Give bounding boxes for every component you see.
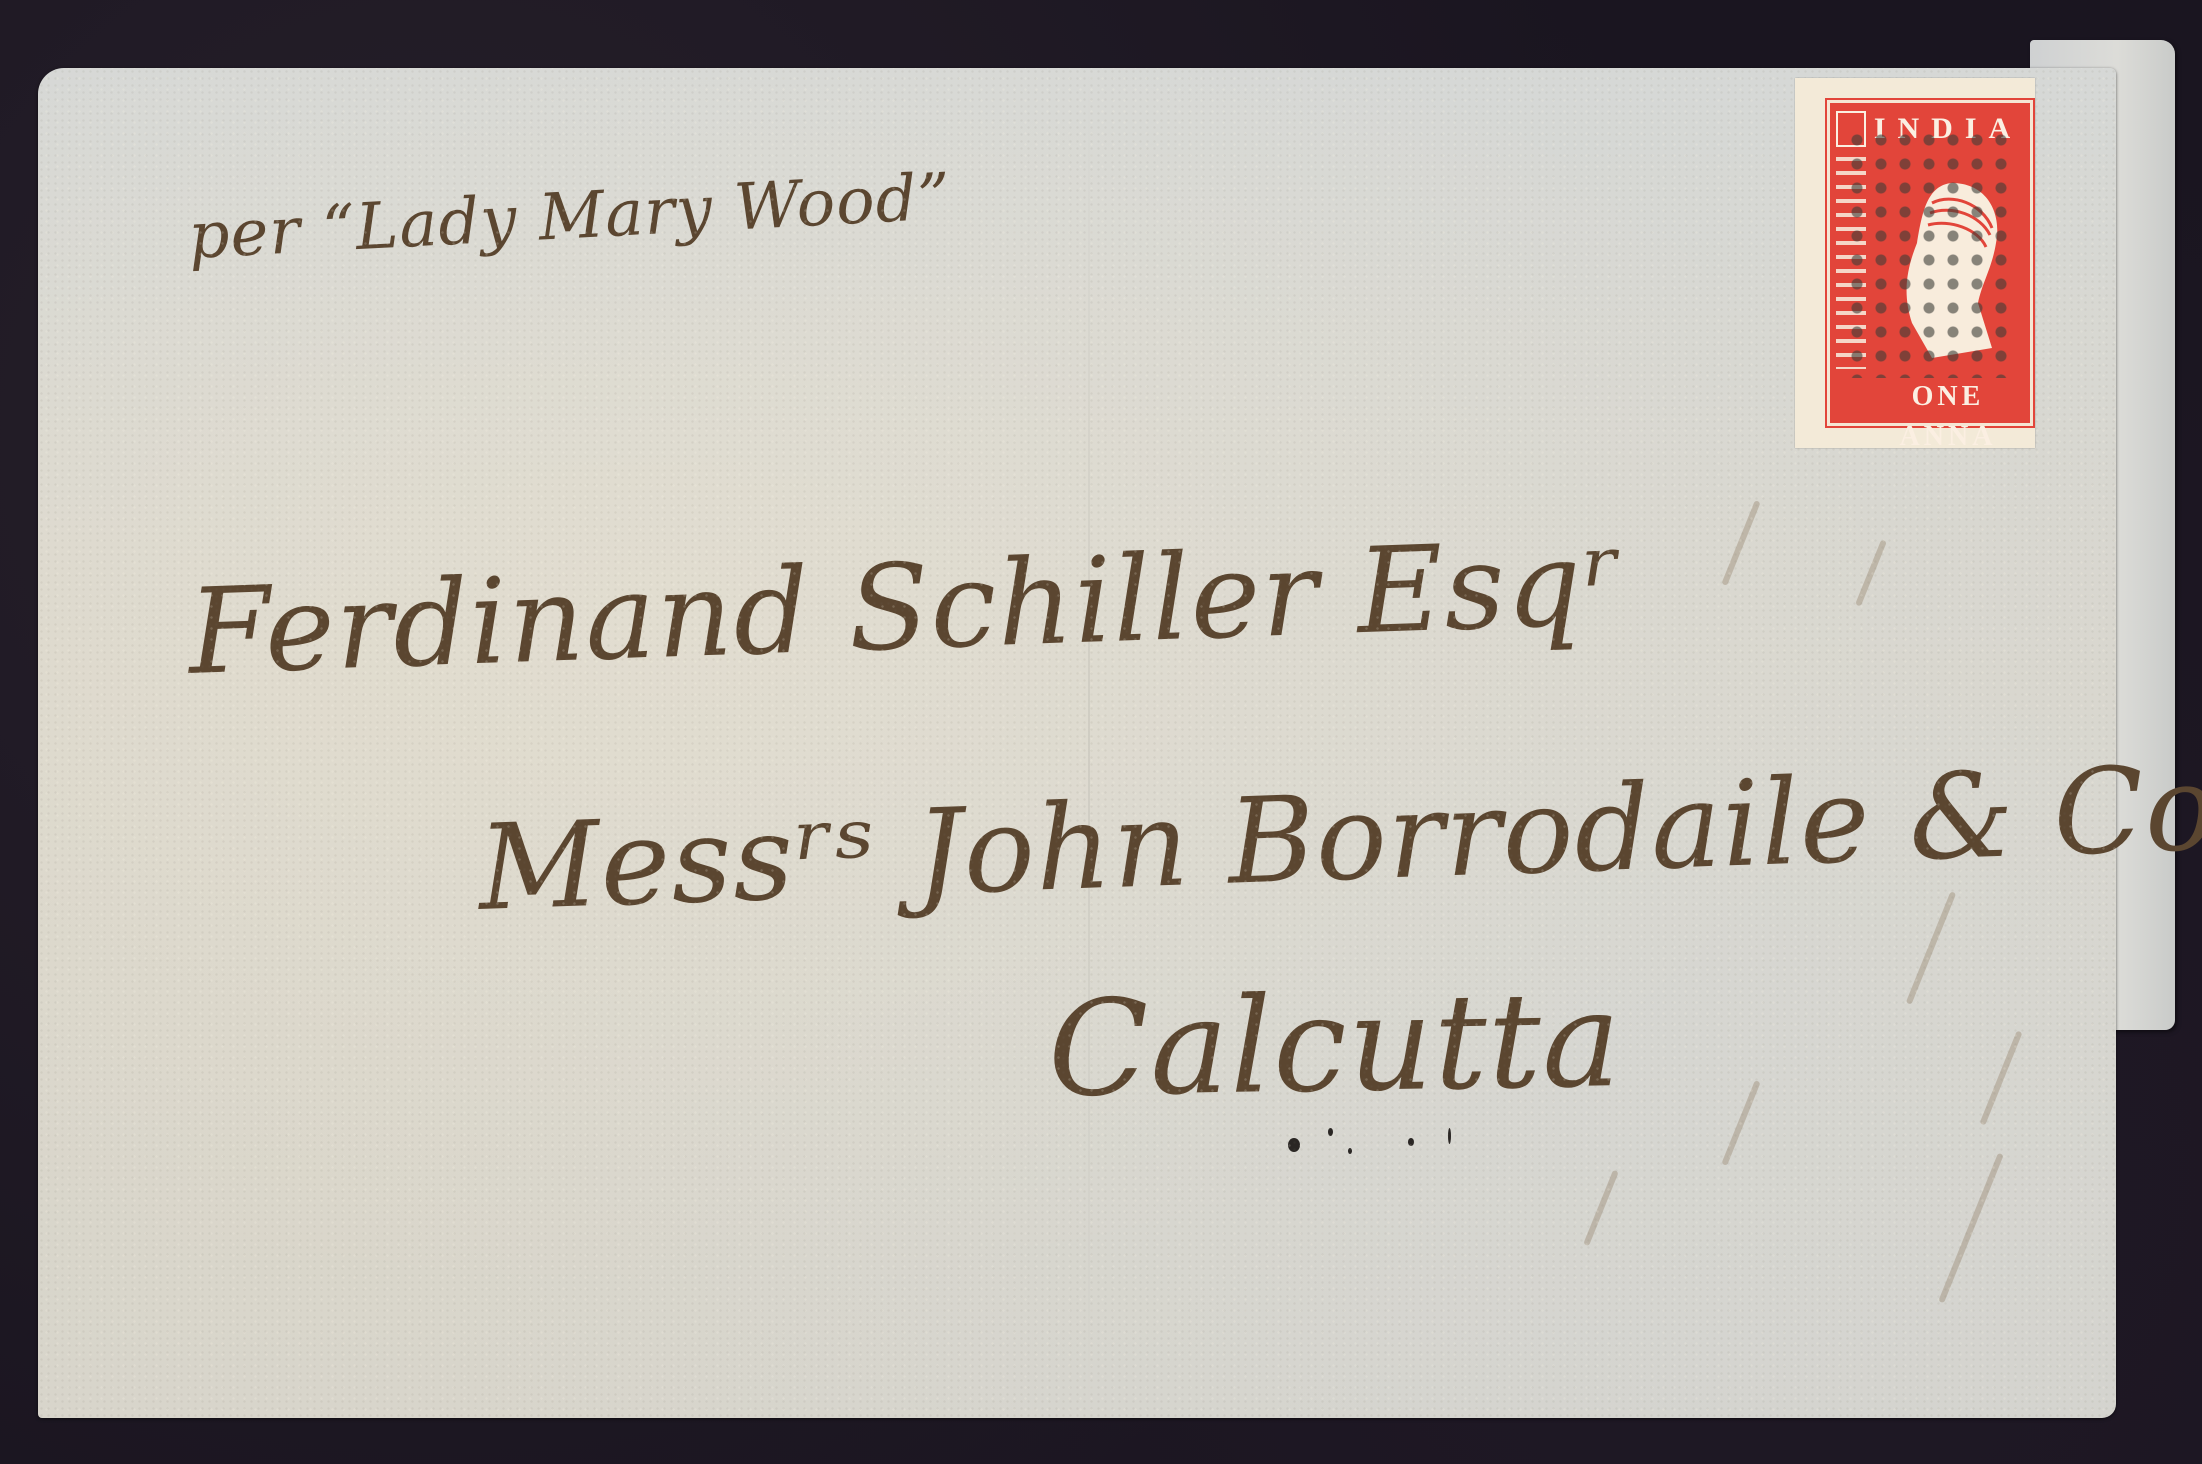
fold-crease: [1088, 68, 1090, 1418]
cancellation-mark: [1845, 128, 2015, 378]
addressee-name: Ferdinand Schiller Esqʳ: [186, 513, 1626, 701]
postage-stamp: INDIA ONE ANNA: [1795, 78, 2035, 448]
ship-note: per “Lady Mary Wood”: [187, 160, 953, 274]
addressee-city: Calcutta: [1047, 963, 1623, 1127]
stamp-value: ONE ANNA: [1870, 377, 2026, 417]
ink-specks: [1288, 1128, 1528, 1188]
